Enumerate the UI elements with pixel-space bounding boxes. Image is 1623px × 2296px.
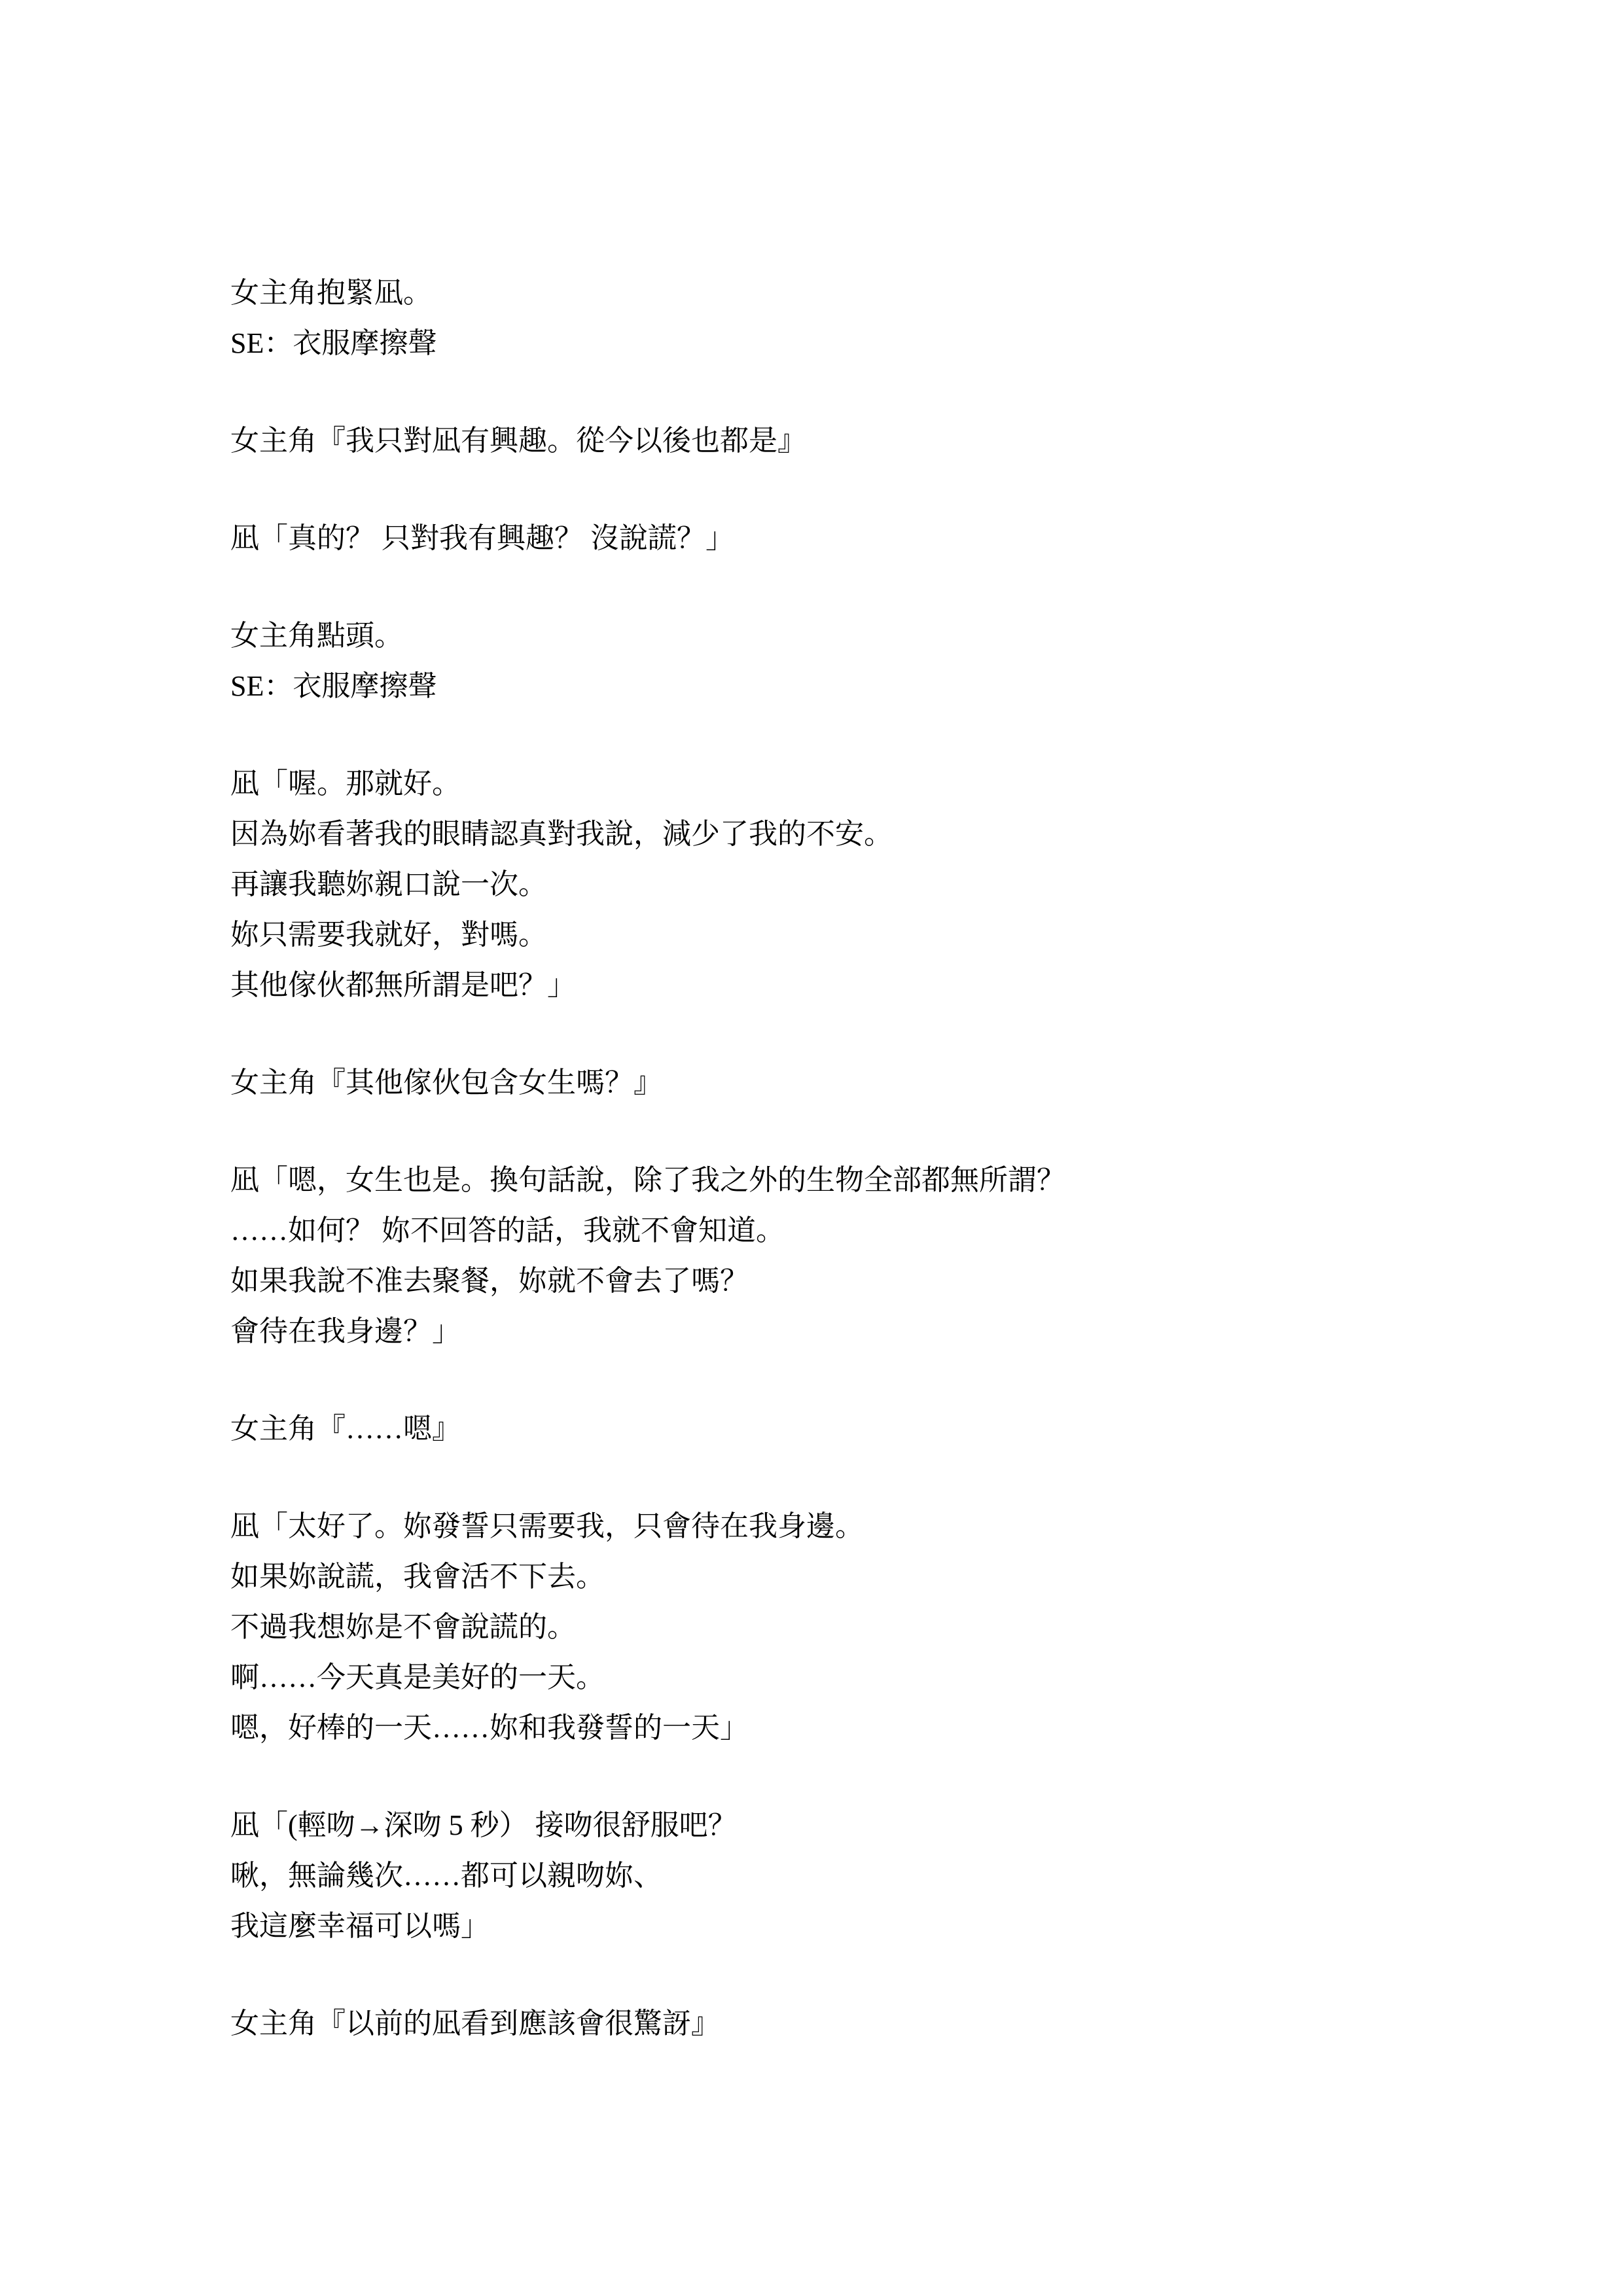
script-line: 凪「嗯，女生也是。換句話說，除了我之外的生物全部都無所謂？ <box>230 1155 1474 1205</box>
script-line: 凪「真的？ 只對我有興趣？ 沒說謊？」 <box>230 513 1474 563</box>
script-line: 女主角點頭。 <box>230 610 1474 661</box>
script-block: 女主角『以前的凪看到應該會很驚訝』 <box>230 1998 1474 2049</box>
script-line: 我這麼幸福可以嗎」 <box>230 1901 1474 1951</box>
script-line: 凪「太好了。妳發誓只需要我，只會待在我身邊。 <box>230 1501 1474 1551</box>
script-line: 因為妳看著我的眼睛認真對我說，減少了我的不安。 <box>230 809 1474 859</box>
script-line: SE：衣服摩擦聲 <box>230 318 1474 368</box>
script-line: 嗯，好棒的一天……妳和我發誓的一天」 <box>230 1703 1474 1753</box>
script-block: 凪「嗯，女生也是。換句話說，除了我之外的生物全部都無所謂？……如何？ 妳不回答的… <box>230 1155 1474 1356</box>
script-line: 其他傢伙都無所謂是吧？」 <box>230 960 1474 1010</box>
script-line: 凪「喔。那就好。 <box>230 758 1474 809</box>
script-block: 女主角點頭。SE：衣服摩擦聲 <box>230 610 1474 711</box>
script-block: 凪「喔。那就好。因為妳看著我的眼睛認真對我說，減少了我的不安。再讓我聽妳親口說一… <box>230 758 1474 1010</box>
script-line: 再讓我聽妳親口說一次。 <box>230 859 1474 910</box>
script-line: 女主角『其他傢伙包含女生嗎？』 <box>230 1057 1474 1108</box>
script-line: 女主角『我只對凪有興趣。從今以後也都是』 <box>230 415 1474 466</box>
script-block: 女主角『……嗯』 <box>230 1404 1474 1454</box>
script-line: ……如何？ 妳不回答的話，我就不會知道。 <box>230 1205 1474 1256</box>
script-line: 會待在我身邊？」 <box>230 1306 1474 1356</box>
script-line: 啊……今天真是美好的一天。 <box>230 1652 1474 1703</box>
script-line: 不過我想妳是不會說謊的。 <box>230 1602 1474 1652</box>
script-block: 凪「(輕吻→深吻 5 秒） 接吻很舒服吧？啾，無論幾次……都可以親吻妳、我這麼幸… <box>230 1800 1474 1951</box>
script-block: 凪「真的？ 只對我有興趣？ 沒說謊？」 <box>230 513 1474 563</box>
script-line: 妳只需要我就好，對嗎。 <box>230 910 1474 960</box>
script-line: 啾，無論幾次……都可以親吻妳、 <box>230 1850 1474 1901</box>
script-line: SE：衣服摩擦聲 <box>230 661 1474 711</box>
document-page: 女主角抱緊凪。SE：衣服摩擦聲女主角『我只對凪有興趣。從今以後也都是』凪「真的？… <box>0 0 1623 2296</box>
script-line: 如果妳說謊，我會活不下去。 <box>230 1551 1474 1602</box>
script-content: 女主角抱緊凪。SE：衣服摩擦聲女主角『我只對凪有興趣。從今以後也都是』凪「真的？… <box>230 268 1474 2096</box>
script-block: 女主角抱緊凪。SE：衣服摩擦聲 <box>230 268 1474 368</box>
script-line: 如果我說不准去聚餐，妳就不會去了嗎？ <box>230 1256 1474 1306</box>
script-line: 女主角『以前的凪看到應該會很驚訝』 <box>230 1998 1474 2049</box>
script-block: 凪「太好了。妳發誓只需要我，只會待在我身邊。如果妳說謊，我會活不下去。不過我想妳… <box>230 1501 1474 1753</box>
script-block: 女主角『我只對凪有興趣。從今以後也都是』 <box>230 415 1474 466</box>
script-line: 女主角抱緊凪。 <box>230 268 1474 318</box>
script-line: 女主角『……嗯』 <box>230 1404 1474 1454</box>
script-line: 凪「(輕吻→深吻 5 秒） 接吻很舒服吧？ <box>230 1800 1474 1850</box>
script-block: 女主角『其他傢伙包含女生嗎？』 <box>230 1057 1474 1108</box>
